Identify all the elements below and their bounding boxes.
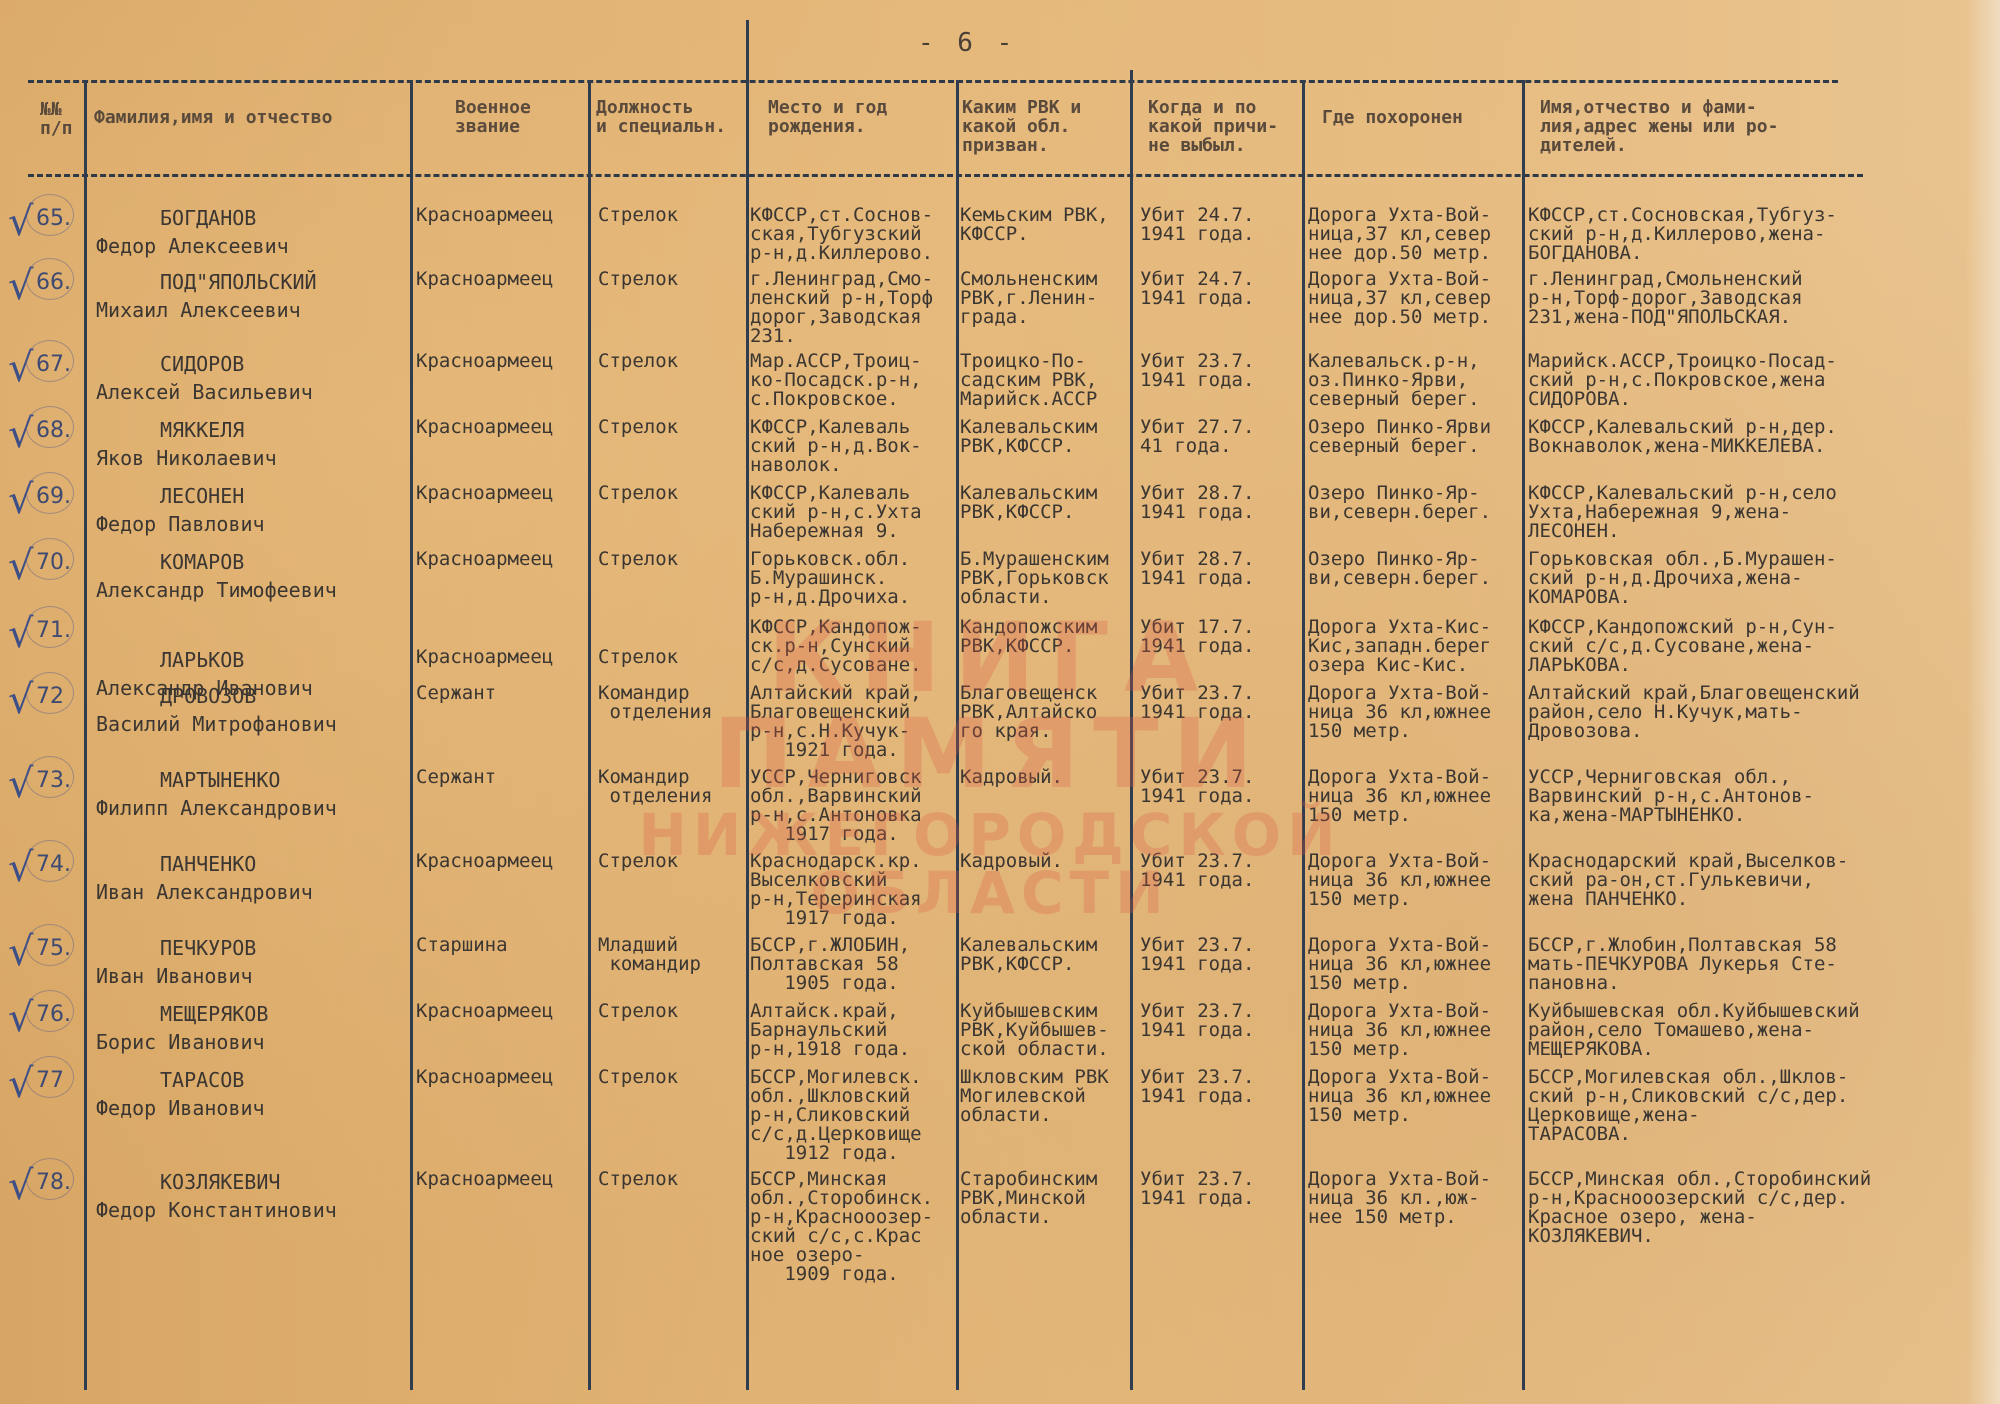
death-date-cause: Убит 24.7. 1941 года. bbox=[1140, 270, 1254, 308]
draft-office: Кандопожским РВК,КФССР. bbox=[960, 618, 1097, 656]
position-specialty: Командир отделения bbox=[598, 768, 712, 806]
soldier-given-name: Федор Константинович bbox=[96, 1198, 337, 1222]
burial-place: Дорога Ухта-Вой- ница 36 кл,южнее 150 ме… bbox=[1308, 684, 1491, 741]
burial-place: Дорога Ухта-Вой- ница 36 кл,южнее 150 ме… bbox=[1308, 1068, 1491, 1125]
burial-place: Дорога Ухта-Вой- ница 36 кл,южнее 150 ме… bbox=[1308, 936, 1491, 993]
burial-place: Дорога Ухта-Вой- ница,37 кл,север нее до… bbox=[1308, 270, 1491, 327]
birthplace-year: КФССР,Кандопож- ск.р-н,Сунский с/с,д.Сус… bbox=[750, 618, 922, 675]
row-number: 73. bbox=[36, 768, 71, 793]
header-full-name: Фамилия,имя и отчество bbox=[94, 108, 332, 127]
next-of-kin: Краснодарский край,Выселков- ский ра-он,… bbox=[1528, 852, 1848, 909]
row-number: 66. bbox=[36, 270, 71, 295]
next-of-kin: КФССР,Калевальский р-н,дер. Вокнаволок,ж… bbox=[1528, 418, 1837, 456]
death-date-cause: Убит 23.7. 1941 года. bbox=[1140, 1068, 1254, 1106]
position-specialty: Командир отделения bbox=[598, 684, 712, 722]
military-rank: Старшина bbox=[416, 936, 508, 955]
death-date-cause: Убит 23.7. 1941 года. bbox=[1140, 684, 1254, 722]
draft-office: Калевальским РВК,КФССР. bbox=[960, 484, 1097, 522]
position-specialty: Стрелок bbox=[598, 484, 678, 503]
soldier-given-name: Михаил Алексеевич bbox=[96, 298, 301, 322]
row-number: 69. bbox=[36, 484, 71, 509]
column-divider bbox=[1302, 80, 1305, 1390]
row-number: 68. bbox=[36, 418, 71, 443]
position-specialty: Стрелок bbox=[598, 648, 678, 667]
birthplace-year: г.Ленинград,Смо- ленский р-н,Торф дорог,… bbox=[750, 270, 933, 346]
soldier-given-name: Филипп Александрович bbox=[96, 796, 337, 820]
military-rank: Красноармеец bbox=[416, 648, 553, 667]
soldier-given-name: Алексей Васильевич bbox=[96, 380, 313, 404]
position-specialty: Младший командир bbox=[598, 936, 701, 974]
header-bottom-rule bbox=[28, 174, 1863, 177]
draft-office: Старобинским РВК,Минской области. bbox=[960, 1170, 1097, 1227]
column-divider bbox=[746, 20, 749, 1390]
soldier-given-name: Яков Николаевич bbox=[96, 446, 277, 470]
military-rank: Красноармеец bbox=[416, 852, 553, 871]
draft-office: Троицко-По- садским РВК, Марийск.АССР bbox=[960, 352, 1097, 409]
draft-office: Благовещенск РВК,Алтайско го края. bbox=[960, 684, 1097, 741]
row-number: 72 bbox=[36, 684, 64, 709]
soldier-surname: ПОД"ЯПОЛЬСКИЙ bbox=[160, 270, 317, 294]
paper-edge bbox=[1966, 0, 2000, 1404]
row-number: 77 bbox=[36, 1068, 64, 1093]
birthplace-year: Алтайск.край, Барнаульский р-н,1918 года… bbox=[750, 1002, 910, 1059]
military-rank: Сержант bbox=[416, 684, 496, 703]
next-of-kin: Алтайский край,Благовещенский район,село… bbox=[1528, 684, 1860, 741]
birthplace-year: БССР,г.ЖЛОБИН, Полтавская 58 1905 года. bbox=[750, 936, 910, 993]
burial-place: Калевальск.р-н, оз.Пинко-Ярви, северный … bbox=[1308, 352, 1480, 409]
burial-place: Дорога Ухта-Вой- ница 36 кл,южнее 150 ме… bbox=[1308, 852, 1491, 909]
burial-place: Дорога Ухта-Вой- ница 36 кл,южнее 150 ме… bbox=[1308, 768, 1491, 825]
birthplace-year: КФССР,ст.Соснов- ская,Тубгузский р-н,д.К… bbox=[750, 206, 933, 263]
position-specialty: Стрелок bbox=[598, 270, 678, 289]
death-date-cause: Убит 23.7. 1941 года. bbox=[1140, 768, 1254, 806]
soldier-given-name: Александр Тимофеевич bbox=[96, 578, 337, 602]
position-specialty: Стрелок bbox=[598, 852, 678, 871]
soldier-given-name: Иван Иванович bbox=[96, 964, 253, 988]
header-rank: Военное звание bbox=[455, 98, 531, 136]
next-of-kin: УССР,Черниговская обл., Варвинский р-н,с… bbox=[1528, 768, 1814, 825]
soldier-given-name: Иван Александрович bbox=[96, 880, 313, 904]
soldier-given-name: Федор Алексеевич bbox=[96, 234, 289, 258]
military-rank: Красноармеец bbox=[416, 206, 553, 225]
birthplace-year: УССР,Черниговск обл.,Варвинский р-н,с.Ан… bbox=[750, 768, 922, 844]
death-date-cause: Убит 23.7. 1941 года. bbox=[1140, 352, 1254, 390]
military-rank: Сержант bbox=[416, 768, 496, 787]
draft-office: Б.Мурашенским РВК,Горьковск области. bbox=[960, 550, 1109, 607]
birthplace-year: БССР,Минская обл.,Сторобинск. р-н,Красно… bbox=[750, 1170, 933, 1284]
next-of-kin: КФССР,ст.Сосновская,Тубгуз- ский р-н,д.К… bbox=[1528, 206, 1837, 263]
row-number: 71. bbox=[36, 618, 71, 643]
next-of-kin: КФССР,Калевальский р-н,село Ухта,Набереж… bbox=[1528, 484, 1837, 541]
row-number: 65. bbox=[36, 206, 71, 231]
header-next-of-kin: Имя,отчество и фами- лия,адрес жены или … bbox=[1540, 98, 1778, 155]
birthplace-year: Горьковск.обл. Б.Мурашинск. р-н,д.Дрочих… bbox=[750, 550, 910, 607]
soldier-surname: БОГДАНОВ bbox=[160, 206, 256, 230]
row-number: 75. bbox=[36, 936, 71, 961]
burial-place: Дорога Ухта-Вой- ница,37 кл,север нее до… bbox=[1308, 206, 1491, 263]
military-rank: Красноармеец bbox=[416, 418, 553, 437]
soldier-given-name: Федор Иванович bbox=[96, 1096, 265, 1120]
birthplace-year: КФССР,Калеваль ский р-н,с.Ухта Набережна… bbox=[750, 484, 922, 541]
soldier-surname: ПЕЧКУРОВ bbox=[160, 936, 256, 960]
position-specialty: Стрелок bbox=[598, 352, 678, 371]
draft-office: Кадровый. bbox=[960, 852, 1063, 871]
soldier-surname: ТАРАСОВ bbox=[160, 1068, 244, 1092]
death-date-cause: Убит 24.7. 1941 года. bbox=[1140, 206, 1254, 244]
column-divider bbox=[588, 80, 591, 1390]
soldier-surname: ДРОВОЗОВ bbox=[160, 684, 256, 708]
birthplace-year: Краснодарск.кр. Выселковский р-н,Терерин… bbox=[750, 852, 922, 928]
military-rank: Красноармеец bbox=[416, 352, 553, 371]
death-date-cause: Убит 28.7. 1941 года. bbox=[1140, 550, 1254, 588]
position-specialty: Стрелок bbox=[598, 206, 678, 225]
position-specialty: Стрелок bbox=[598, 1068, 678, 1087]
soldier-surname: МЯККЕЛЯ bbox=[160, 418, 244, 442]
next-of-kin: БССР,Минская обл.,Сторобинский р-н,Красн… bbox=[1528, 1170, 1871, 1246]
death-date-cause: Убит 17.7. 1941 года. bbox=[1140, 618, 1254, 656]
death-date-cause: Убит 28.7. 1941 года. bbox=[1140, 484, 1254, 522]
draft-office: Шкловским РВК Могилевской области. bbox=[960, 1068, 1109, 1125]
next-of-kin: БССР,г.Жлобин,Полтавская 58 мать-ПЕЧКУРО… bbox=[1528, 936, 1837, 993]
column-divider bbox=[1130, 70, 1133, 1390]
column-divider bbox=[84, 80, 87, 1390]
page-number: - 6 - bbox=[918, 28, 1016, 58]
military-rank: Красноармеец bbox=[416, 1002, 553, 1021]
draft-office: Куйбышевским РВК,Куйбышев- ской области. bbox=[960, 1002, 1109, 1059]
position-specialty: Стрелок bbox=[598, 550, 678, 569]
death-date-cause: Убит 23.7. 1941 года. bbox=[1140, 1170, 1254, 1208]
soldier-given-name: Борис Иванович bbox=[96, 1030, 265, 1054]
next-of-kin: Горьковская обл.,Б.Мурашен- ский р-н,д.Д… bbox=[1528, 550, 1837, 607]
military-rank: Красноармеец bbox=[416, 550, 553, 569]
military-rank: Красноармеец bbox=[416, 1068, 553, 1087]
military-rank: Красноармеец bbox=[416, 484, 553, 503]
row-number: 70. bbox=[36, 550, 71, 575]
burial-place: Дорога Ухта-Кис- Кис,западн.берег озера … bbox=[1308, 618, 1491, 675]
soldier-surname: ЛЕСОНЕН bbox=[160, 484, 244, 508]
birthplace-year: БССР,Могилевск. обл.,Шкловский р-н,Слико… bbox=[750, 1068, 922, 1163]
next-of-kin: Марийск.АССР,Троицко-Посад- ский р-н,с.П… bbox=[1528, 352, 1837, 409]
burial-place: Озеро Пинко-Яр- ви,северн.берег. bbox=[1308, 550, 1491, 588]
draft-office: Смольненским РВК,г.Ленин- града. bbox=[960, 270, 1097, 327]
draft-office: Калевальским РВК,КФССР. bbox=[960, 936, 1097, 974]
position-specialty: Стрелок bbox=[598, 1170, 678, 1189]
header-burial-place: Где похоронен bbox=[1322, 108, 1463, 127]
draft-office: Кадровый. bbox=[960, 768, 1063, 787]
archive-document-page: - 6 - №№ п/п Фамилия,имя и отчество Воен… bbox=[0, 0, 2000, 1404]
column-divider bbox=[1522, 80, 1525, 1390]
soldier-surname: ПАНЧЕНКО bbox=[160, 852, 256, 876]
header-death-date: Когда и по какой причи- не выбыл. bbox=[1148, 98, 1278, 155]
soldier-surname: КОМАРОВ bbox=[160, 550, 244, 574]
burial-place: Озеро Пинко-Яр- ви,северн.берег. bbox=[1308, 484, 1491, 522]
next-of-kin: БССР,Могилевская обл.,Шклов- ский р-н,Сл… bbox=[1528, 1068, 1848, 1144]
draft-office: Кемьским РВК, КФССР. bbox=[960, 206, 1109, 244]
soldier-surname: ЛАРЬКОВ bbox=[160, 648, 244, 672]
death-date-cause: Убит 23.7. 1941 года. bbox=[1140, 852, 1254, 890]
birthplace-year: Мар.АССР,Троиц- ко-Посадск.р-н, с.Покров… bbox=[750, 352, 922, 409]
birthplace-year: Алтайский край, Благовещенский р-н,с.Н.К… bbox=[750, 684, 922, 760]
header-top-rule bbox=[28, 80, 1838, 83]
soldier-surname: КОЗЛЯКЕВИЧ bbox=[160, 1170, 280, 1194]
draft-office: Калевальским РВК,КФССР. bbox=[960, 418, 1097, 456]
soldier-surname: МАРТЫНЕНКО bbox=[160, 768, 280, 792]
military-rank: Красноармеец bbox=[416, 1170, 553, 1189]
burial-place: Дорога Ухта-Вой- ница 36 кл,южнее 150 ме… bbox=[1308, 1002, 1491, 1059]
soldier-surname: МЕЩЕРЯКОВ bbox=[160, 1002, 268, 1026]
position-specialty: Стрелок bbox=[598, 1002, 678, 1021]
next-of-kin: г.Ленинград,Смольненский р-н,Торф-дорог,… bbox=[1528, 270, 1803, 327]
soldier-given-name: Федор Павлович bbox=[96, 512, 265, 536]
next-of-kin: Куйбышевская обл.Куйбышевский район,село… bbox=[1528, 1002, 1860, 1059]
header-number: №№ п/п bbox=[40, 100, 73, 138]
row-number: 67. bbox=[36, 352, 71, 377]
next-of-kin: КФССР,Кандопожский р-н,Сун- ский с/с,д.С… bbox=[1528, 618, 1837, 675]
row-number: 74. bbox=[36, 852, 71, 877]
header-draft-office: Каким РВК и какой обл. призван. bbox=[962, 98, 1081, 155]
burial-place: Озеро Пинко-Ярви северный берег. bbox=[1308, 418, 1491, 456]
row-number: 78. bbox=[36, 1170, 71, 1195]
header-position: Должность и специальн. bbox=[596, 98, 726, 136]
death-date-cause: Убит 27.7. 41 года. bbox=[1140, 418, 1254, 456]
column-divider bbox=[410, 80, 413, 1390]
soldier-given-name: Василий Митрофанович bbox=[96, 712, 337, 736]
soldier-surname: СИДОРОВ bbox=[160, 352, 244, 376]
row-number: 76. bbox=[36, 1002, 71, 1027]
burial-place: Дорога Ухта-Вой- ница 36 кл.,юж- нее 150… bbox=[1308, 1170, 1491, 1227]
death-date-cause: Убит 23.7. 1941 года. bbox=[1140, 936, 1254, 974]
header-birthplace: Место и год рождения. bbox=[768, 98, 887, 136]
death-date-cause: Убит 23.7. 1941 года. bbox=[1140, 1002, 1254, 1040]
position-specialty: Стрелок bbox=[598, 418, 678, 437]
column-divider bbox=[956, 80, 959, 1390]
military-rank: Красноармеец bbox=[416, 270, 553, 289]
birthplace-year: КФССР,Калеваль ский р-н,д.Вок- наволок. bbox=[750, 418, 922, 475]
